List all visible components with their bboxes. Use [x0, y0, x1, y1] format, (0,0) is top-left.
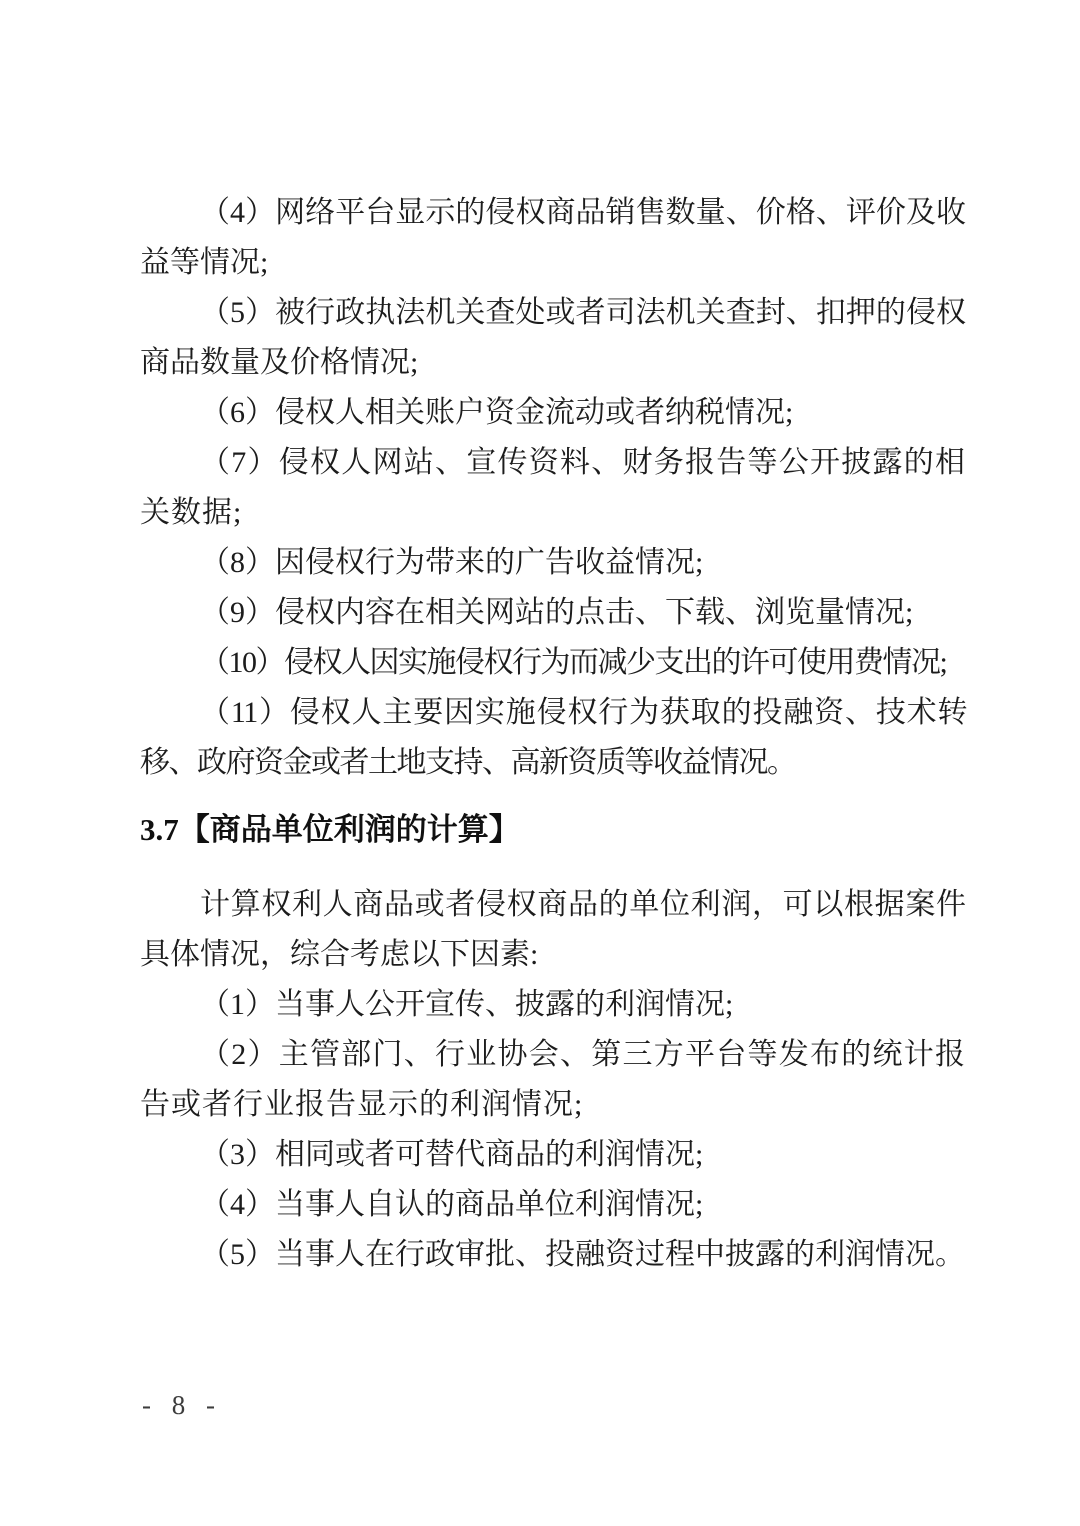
- factor-list-item: （2）主管部门、行业协会、第三方平台等发布的统计报告或者行业报告显示的利润情况;: [140, 1030, 966, 1130]
- continuation-list-item: （6）侵权人相关账户资金流动或者纳税情况;: [140, 388, 966, 438]
- continuation-list-item: （10）侵权人因实施侵权行为而减少支出的许可使用费情况;: [140, 638, 966, 688]
- continuation-list-item: （4）网络平台显示的侵权商品销售数量、价格、评价及收益等情况;: [140, 188, 966, 288]
- factor-list-item: （4）当事人自认的商品单位利润情况;: [140, 1180, 966, 1230]
- document-content: （4）网络平台显示的侵权商品销售数量、价格、评价及收益等情况; （5）被行政执法…: [140, 188, 966, 1280]
- page-number: - 8 -: [142, 1390, 222, 1421]
- section-heading: 3.7【商品单位利润的计算】: [140, 808, 966, 852]
- continuation-list-item: （9）侵权内容在相关网站的点击、下载、浏览量情况;: [140, 588, 966, 638]
- continuation-list-item: （11）侵权人主要因实施侵权行为获取的投融资、技术转移、政府资金或者土地支持、高…: [140, 688, 966, 788]
- document-page: （4）网络平台显示的侵权商品销售数量、价格、评价及收益等情况; （5）被行政执法…: [0, 0, 1080, 1526]
- factor-list-item: （5）当事人在行政审批、投融资过程中披露的利润情况。: [140, 1230, 966, 1280]
- continuation-list-item: （8）因侵权行为带来的广告收益情况;: [140, 538, 966, 588]
- factor-list-item: （1）当事人公开宣传、披露的利润情况;: [140, 980, 966, 1030]
- factor-list-item: （3）相同或者可替代商品的利润情况;: [140, 1130, 966, 1180]
- continuation-list-item: （5）被行政执法机关查处或者司法机关查封、扣押的侵权商品数量及价格情况;: [140, 288, 966, 388]
- section-intro-paragraph: 计算权利人商品或者侵权商品的单位利润，可以根据案件具体情况，综合考虑以下因素:: [140, 880, 966, 980]
- continuation-list-item: （7）侵权人网站、宣传资料、财务报告等公开披露的相关数据;: [140, 438, 966, 538]
